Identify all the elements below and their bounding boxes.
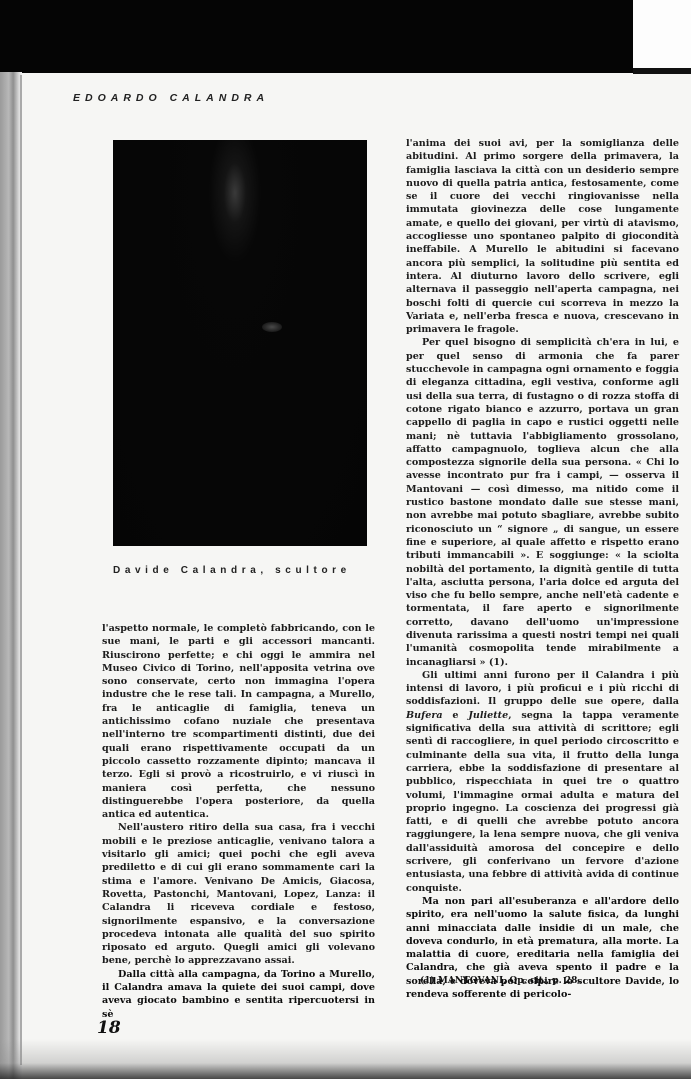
footnote: (1) MANTOVANI, Op. cit., p. 28. bbox=[420, 976, 581, 986]
portrait-photo bbox=[113, 140, 367, 546]
title-bufera: Bufera bbox=[406, 710, 443, 721]
paragraph-text: Gli ultimi anni furono per il Calandra i… bbox=[406, 670, 679, 708]
running-head: EDOARDO CALANDRA bbox=[73, 92, 269, 104]
title-juliette: Juliette bbox=[468, 710, 508, 721]
paragraph-text: , segna la tappa veramente significativa… bbox=[406, 710, 679, 894]
left-text-column: l'aspetto normale, le completò fabbrican… bbox=[102, 622, 375, 1021]
book-gutter-shadow bbox=[0, 72, 22, 1079]
paragraph: l'anima dei suoi avi, per la somiglianza… bbox=[406, 137, 679, 336]
right-text-column: l'anima dei suoi avi, per la somiglianza… bbox=[406, 137, 679, 1001]
paragraph-text: e bbox=[443, 710, 469, 721]
page-number: 18 bbox=[97, 1018, 121, 1038]
paragraph: Gli ultimi anni furono per il Calandra i… bbox=[406, 669, 679, 895]
paragraph: Per quel bisogno di semplicità ch'era in… bbox=[406, 336, 679, 668]
scan-top-right-edge bbox=[633, 68, 691, 74]
scan-bottom-shadow bbox=[0, 1039, 691, 1079]
photo-face-highlight bbox=[262, 322, 282, 332]
paragraph: Nell'austero ritiro della sua casa, fra … bbox=[102, 821, 375, 967]
scan-top-right-margin bbox=[633, 0, 691, 72]
scan-top-dark-band bbox=[0, 0, 633, 73]
paragraph: Dalla città alla campagna, da Torino a M… bbox=[102, 968, 375, 1021]
gutter-fold-line bbox=[20, 75, 22, 1065]
photo-caption: Davide Calandra, scultore bbox=[113, 565, 367, 576]
paragraph: l'aspetto normale, le completò fabbrican… bbox=[102, 622, 375, 821]
